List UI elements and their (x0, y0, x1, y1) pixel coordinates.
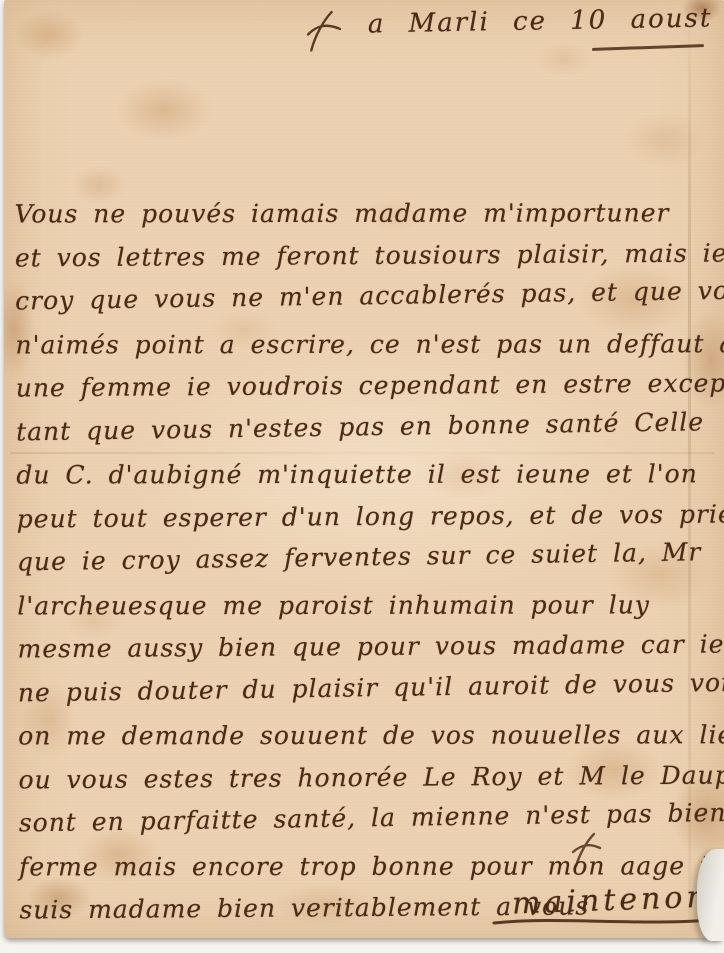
letter-line: n'aimés point a escrire, ce n'est pas un… (15, 322, 714, 367)
paraph-flourish-icon (303, 10, 342, 60)
scanned-letter: a Marli ce 10 aoust Vous ne pouvés iamai… (0, 0, 724, 953)
signature-underline (492, 913, 724, 932)
dateline-text: a Marli ce 10 aoust (367, 3, 712, 39)
letter-line: croy que vous ne m'en accablerés pas, et… (15, 269, 715, 323)
closing-paraph-flourish-icon (570, 832, 602, 872)
letter-line: ferme mais encore trop bonne pour mon aa… (19, 844, 718, 889)
letter-paper: a Marli ce 10 aoust Vous ne pouvés iamai… (4, 0, 724, 938)
letter-line: que ie croy assez ferventes sur ce suiet… (17, 530, 717, 584)
letter-body: Vous ne pouvés iamais madame m'importune… (14, 188, 718, 932)
torn-corner-curl (697, 849, 724, 941)
letter-line: on me demande souuent de vos nouuelles a… (18, 713, 717, 758)
letter-line: Vous ne pouvés iamais madame m'importune… (15, 191, 714, 236)
letter-line: l'archeuesque me paroist inhumain pour l… (17, 583, 716, 628)
letter-line: du C. d'aubigné m'inquiette il est ieune… (16, 452, 715, 497)
letter-line: sont en parfaitte santé, la mienne n'est… (19, 791, 719, 845)
dateline: a Marli ce 10 aoust (303, 3, 712, 59)
